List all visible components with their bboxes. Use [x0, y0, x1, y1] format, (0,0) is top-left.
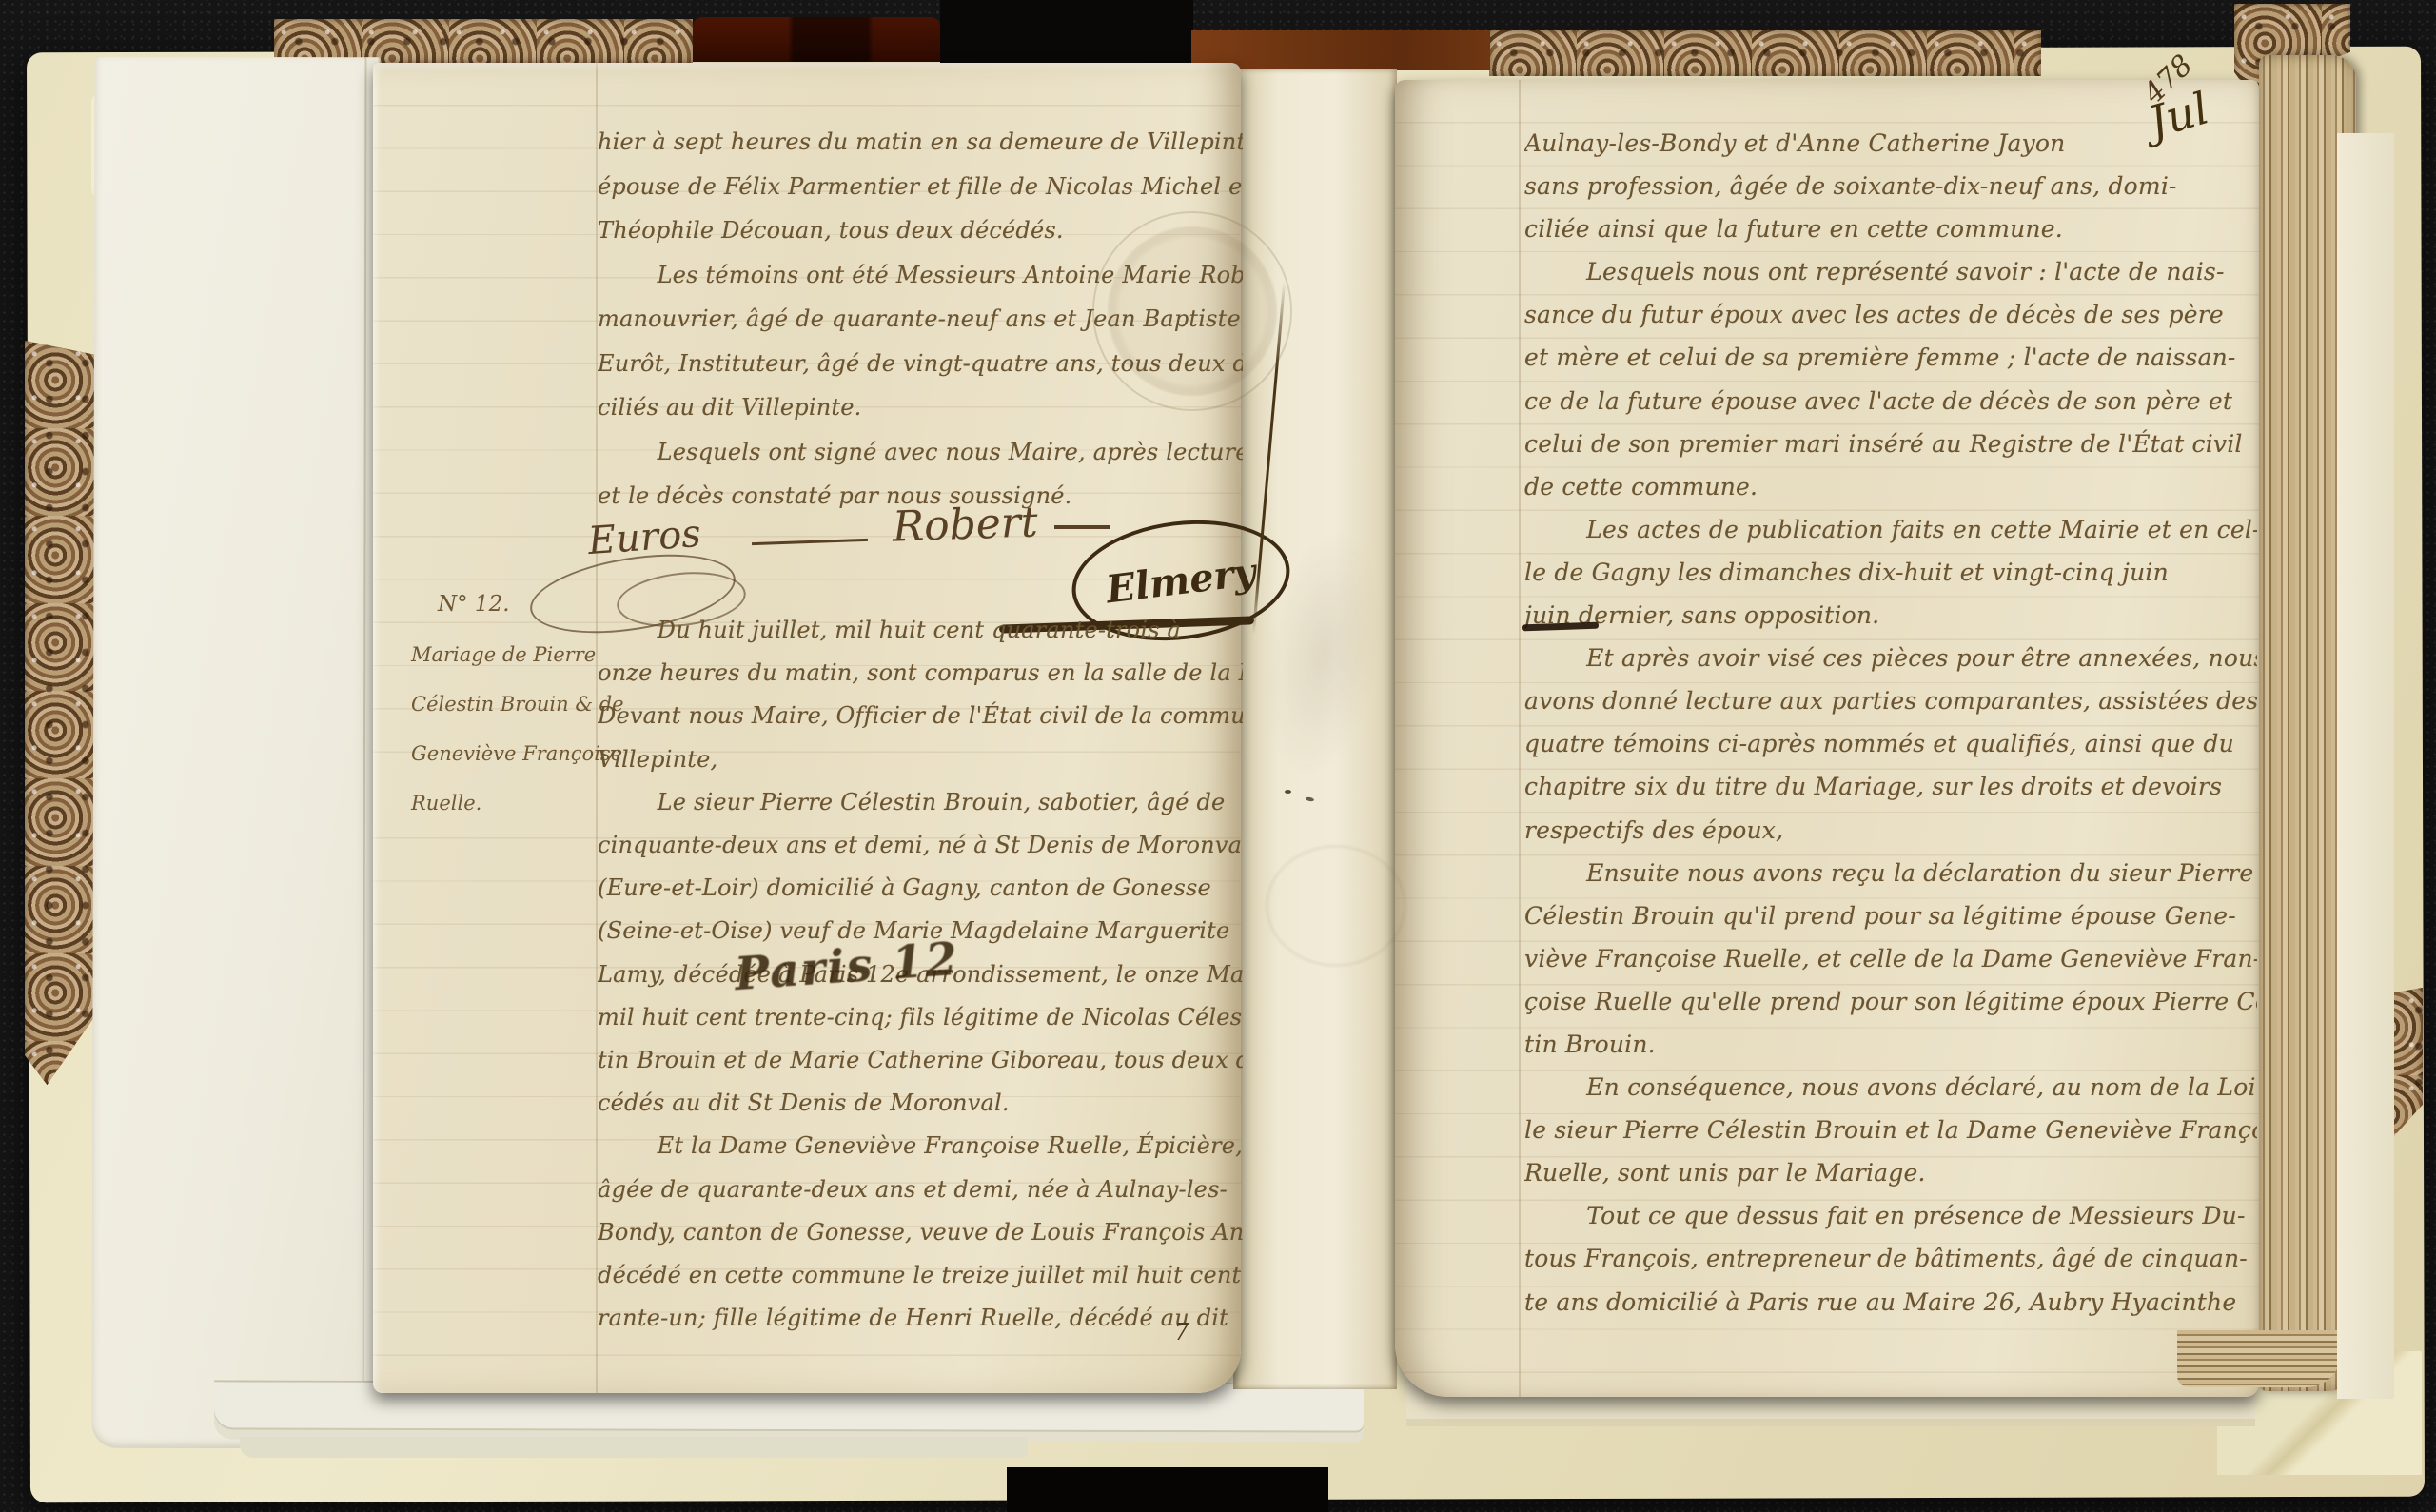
handwritten-line: celui de son premier mari inséré au Regi… [1524, 422, 2257, 465]
handwritten-line: tous François, entrepreneur de bâtiments… [1524, 1237, 2257, 1280]
handwritten-line: manouvrier, âgé de quarante-neuf ans et … [598, 297, 1243, 342]
scan-background: hier à sept heures du matin en sa demeur… [0, 0, 2436, 1512]
handwritten-line: sance du futur époux avec les actes de d… [1524, 293, 2257, 336]
marbled-paper-strip [274, 19, 693, 63]
handwritten-line: ce de la future épouse avec l'acte de dé… [1524, 380, 2257, 422]
handwritten-line: Ruelle, sont unis par le Mariage. [1524, 1151, 2257, 1194]
handwritten-line: ciliée ainsi que la future en cette comm… [1524, 207, 2257, 250]
handwritten-line: âgée de quarante-deux ans et demi, née à… [598, 1168, 1243, 1211]
handwritten-line: et mère et celui de sa première femme ; … [1524, 336, 2257, 379]
act-number: N° 12. [438, 592, 597, 617]
marbled-paper-strip [1489, 30, 2041, 76]
handwritten-line: quatre témoins ci-après nommés et qualif… [1524, 722, 2257, 765]
handwritten-line: viève Françoise Ruelle, et celle de la D… [1524, 937, 2257, 980]
handwritten-line: onze heures du matin, sont comparus en l… [598, 652, 1243, 695]
handwritten-line: mil huit cent trente-cinq; fils légitime… [598, 996, 1243, 1039]
handwritten-line: hier à sept heures du matin en sa demeur… [598, 120, 1243, 165]
handwritten-line: décédé en cette commune le treize juille… [598, 1254, 1243, 1297]
handwritten-line: Eurôt, Instituteur, âgé de vingt-quatre … [598, 342, 1243, 386]
handwritten-line: respectifs des époux, [1524, 809, 2257, 852]
margin-act-note: N° 12. Mariage de PierreCélestin Brouin … [411, 592, 597, 828]
handwritten-line: Célestin Brouin & de [411, 679, 597, 729]
ink-spot [1285, 790, 1291, 794]
handwritten-line: Ruelle. [411, 778, 597, 828]
handwritten-line: rante-un; fille légitime de Henri Ruelle… [598, 1297, 1243, 1340]
handwritten-line: Célestin Brouin qu'il prend pour sa légi… [1524, 894, 2257, 937]
fore-edge-page-stack [2177, 1330, 2341, 1387]
handwritten-line: Aulnay-les-Bondy et d'Anne Catherine Jay… [1524, 122, 2257, 165]
handwritten-line: de cette commune. [1524, 465, 2257, 508]
blank-flyleaf-page [91, 57, 380, 1449]
signature-witness-2: Robert [892, 498, 1038, 551]
right-page-act-text: Aulnay-les-Bondy et d'Anne Catherine Jay… [1524, 122, 2257, 1330]
handwritten-line: Lesquels nous ont représenté savoir : l'… [1524, 250, 2257, 293]
handwritten-line: tin Brouin. [1524, 1023, 2257, 1066]
handwritten-line: Ensuite nous avons reçu la déclaration d… [1524, 852, 2257, 894]
handwritten-line: tin Brouin et de Marie Catherine Giborea… [598, 1039, 1243, 1082]
handwritten-line: Tout ce que dessus fait en présence de M… [1524, 1194, 2257, 1237]
handwritten-line: Devant nous Maire, Officier de l'État ci… [598, 695, 1243, 737]
handwritten-line: Geneviève Françoise [411, 729, 597, 778]
handwritten-line: Villepinte, [598, 738, 1243, 781]
spine-hollow-shadow [1007, 1467, 1328, 1512]
handwritten-line: (Eure-et-Loir) domicilié à Gagny, canton… [598, 867, 1243, 910]
handwritten-line: çoise Ruelle qu'elle prend pour son légi… [1524, 980, 2257, 1023]
marbled-paper-strip [25, 341, 99, 1085]
handwritten-line: le de Gagny les dimanches dix-huit et vi… [1524, 551, 2257, 594]
handwritten-line: cédés au dit St Denis de Moronval. [598, 1082, 1243, 1125]
handwritten-line: Du huit juillet, mil huit cent quarante-… [598, 609, 1243, 652]
handwritten-line: Mariage de Pierre [411, 630, 597, 679]
handwritten-line: ciliés au dit Villepinte. [598, 385, 1243, 430]
handwritten-line: te ans domicilié à Paris rue au Maire 26… [1524, 1281, 2257, 1324]
handwritten-line: Bondy, canton de Gonesse, veuve de Louis… [598, 1211, 1243, 1254]
handwritten-line: avons donné lecture aux parties comparan… [1524, 679, 2257, 722]
handwritten-line: chapitre six du titre du Mariage, sur le… [1524, 765, 2257, 808]
act-title-lines: Mariage de PierreCélestin Brouin & deGen… [411, 630, 597, 828]
ink-bleed-smudge [1266, 845, 1406, 967]
handwritten-line: épouse de Félix Parmentier et fille de N… [598, 165, 1243, 209]
handwritten-line: le sieur Pierre Célestin Brouin et la Da… [1524, 1109, 2257, 1151]
handwritten-line: Les actes de publication faits en cette … [1524, 508, 2257, 551]
handwritten-line: Lesquels ont signé avec nous Maire, aprè… [598, 430, 1243, 475]
handwritten-line: Et la Dame Geneviève Françoise Ruelle, É… [598, 1125, 1243, 1168]
foliation-mark: 7 [1174, 1319, 1189, 1345]
handwritten-line: cinquante-deux ans et demi, né à St Deni… [598, 824, 1243, 867]
left-page-previous-act-text: hier à sept heures du matin en sa demeur… [598, 120, 1243, 523]
handwritten-line: Le sieur Pierre Célestin Brouin, sabotie… [598, 781, 1243, 824]
spine-leather-top [693, 17, 940, 62]
handwritten-line: Les témoins ont été Messieurs Antoine Ma… [598, 253, 1243, 298]
signature-flourish [1054, 525, 1110, 529]
handwritten-line: Théophile Découan, tous deux décédés. [598, 208, 1243, 253]
handwritten-line: Et après avoir visé ces pièces pour être… [1524, 637, 2257, 679]
handwritten-line: juin dernier, sans opposition. [1524, 594, 2257, 637]
handwritten-line: sans profession, âgée de soixante-dix-ne… [1524, 165, 2257, 207]
endpaper-edge [2337, 133, 2394, 1399]
handwritten-line: En conséquence, nous avons déclaré, au n… [1524, 1066, 2257, 1109]
